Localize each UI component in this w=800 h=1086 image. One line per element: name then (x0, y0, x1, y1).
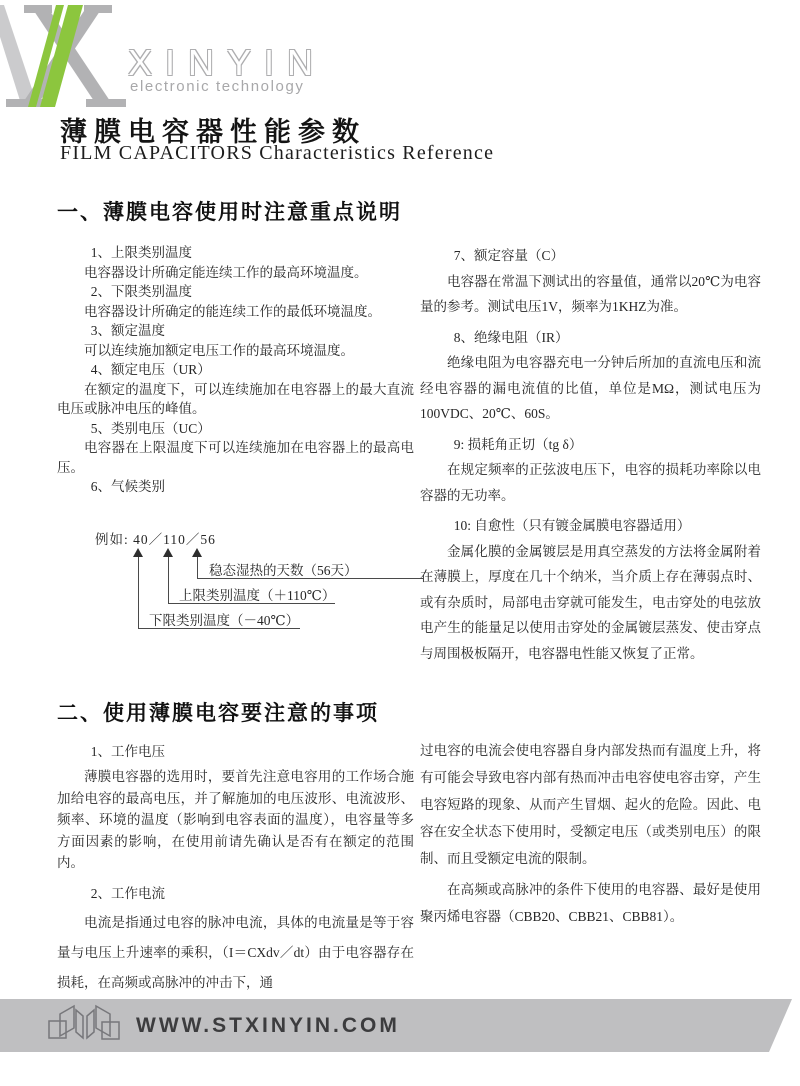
footer-bar: WWW.STXINYIN.COM (0, 999, 792, 1052)
spec-item-9: 9: 损耗角正切（tg δ） 在规定频率的正弦波电压下，电容的损耗功率除以电容器… (420, 432, 761, 509)
spec-item-5: 5、类别电压（UC） 电容器在上限温度下可以连续施加在电容器上的最高电压。 (57, 419, 414, 478)
section1-heading: 一、薄膜电容使用时注意重点说明 (57, 196, 402, 226)
diagram-callout-upper-temp: 上限类别温度（＋110℃） (179, 584, 335, 604)
spec-item-body: 电容器设计所确定能连续工作的最高环境温度。 (57, 263, 414, 283)
climate-class-diagram: 例如: 40／110／56 稳态湿热的天数（56天） 上限类别温度（＋110℃）… (57, 528, 429, 646)
diagram-connector-line (197, 557, 198, 578)
spec-item-title: 3、额定温度 (57, 321, 414, 341)
section2-heading: 二、使用薄膜电容要注意的事项 (57, 697, 379, 727)
notice-recommendation-paragraph: 在高频或高脉冲的条件下使用的电容器、最好是使用聚丙烯电容器（CBB20、CBB2… (420, 876, 761, 930)
document-page: XINYIN electronic technology 薄膜电容器性能参数 F… (0, 0, 800, 1086)
section1-left-column: 1、上限类别温度 电容器设计所确定能连续工作的最高环境温度。 2、下限类别温度 … (57, 243, 414, 497)
spec-item-2: 2、下限类别温度 电容器设计所确定的能连续工作的最低环境温度。 (57, 282, 414, 321)
spec-item-title: 5、类别电压（UC） (57, 419, 414, 439)
diagram-callout-humidity-days: 稳态湿热的天数（56天） (209, 559, 358, 579)
spec-item-title: 4、额定电压（UR） (57, 360, 414, 380)
spec-item-title: 1、上限类别温度 (57, 243, 414, 263)
spec-item-body: 在规定频率的正弦波电压下，电容的损耗功率除以电容器的无功率。 (420, 457, 761, 508)
brand-tagline: electronic technology (130, 78, 305, 95)
spec-item-body: 可以连续施加额定电压工作的最高环境温度。 (57, 341, 414, 361)
notice-continued-paragraph: 过电容的电流会使电容器自身内部发热而有温度上升，将有可能会导致电容内部有热而冲击… (420, 737, 761, 872)
notice-item-body: 电流是指通过电容的脉冲电流，具体的电流量是等于容量与电压上升速率的乘积，（I＝C… (57, 908, 414, 998)
spec-item-1: 1、上限类别温度 电容器设计所确定能连续工作的最高环境温度。 (57, 243, 414, 282)
notice-item-body: 薄膜电容器的选用时，要首先注意电容用的工作场合施加给电容的最高电压，并了解施加的… (57, 766, 414, 874)
spec-item-3: 3、额定温度 可以连续施加额定电压工作的最高环境温度。 (57, 321, 414, 360)
spec-item-title: 6、气候类别 (57, 477, 414, 497)
spec-item-title: 7、额定容量（C） (420, 243, 761, 269)
arrow-up-icon (133, 548, 143, 557)
spec-item-7: 7、额定容量（C） 电容器在常温下测试出的容量值，通常以20℃为电容量的参考。测… (420, 243, 761, 320)
diagram-connector-line (168, 557, 169, 603)
footer-logo-icon (46, 1002, 124, 1049)
spec-item-body: 在额定的温度下，可以连续施加在电容器上的最大直流电压或脉冲电压的峰值。 (57, 380, 414, 419)
spec-item-title: 9: 损耗角正切（tg δ） (420, 432, 761, 458)
page-title-en: FILM CAPACITORS Characteristics Referenc… (60, 142, 494, 165)
spec-item-body: 电容器在常温下测试出的容量值，通常以20℃为电容量的参考。测试电压1V，频率为1… (420, 269, 761, 320)
notice-item-2: 2、工作电流 电流是指通过电容的脉冲电流，具体的电流量是等于容量与电压上升速率的… (57, 882, 414, 998)
spec-item-body: 电容器设计所确定的能连续工作的最低环境温度。 (57, 302, 414, 322)
notice-item-title: 1、工作电压 (57, 740, 414, 764)
spec-item-title: 8、绝缘电阻（IR） (420, 325, 761, 351)
section2-left-column: 1、工作电压 薄膜电容器的选用时，要首先注意电容用的工作场合施加给电容的最高电压… (57, 737, 414, 998)
diagram-connector-line (138, 557, 139, 628)
diagram-callout-lower-temp: 下限类别温度（－40℃） (149, 609, 299, 629)
footer-website-link[interactable]: WWW.STXINYIN.COM (136, 1014, 400, 1038)
spec-item-title: 10: 自愈性（只有镀金属膜电容器适用） (420, 513, 761, 539)
spec-item-6: 6、气候类别 (57, 477, 414, 497)
diagram-example-code: 例如: 40／110／56 (95, 528, 216, 548)
spec-item-4: 4、额定电压（UR） 在额定的温度下，可以连续施加在电容器上的最大直流电压或脉冲… (57, 360, 414, 419)
spec-item-8: 8、绝缘电阻（IR） 绝缘电阻为电容器充电一分钟后所加的直流电压和流经电容器的漏… (420, 325, 761, 427)
arrow-up-icon (163, 548, 173, 557)
spec-item-body: 金属化膜的金属镀层是用真空蒸发的方法将金属附着在薄膜上，厚度在几十个纳米，当介质… (420, 539, 761, 667)
notice-item-1: 1、工作电压 薄膜电容器的选用时，要首先注意电容用的工作场合施加给电容的最高电压… (57, 740, 414, 874)
notice-item-title: 2、工作电流 (57, 882, 414, 906)
section1-right-column: 7、额定容量（C） 电容器在常温下测试出的容量值，通常以20℃为电容量的参考。测… (420, 243, 761, 671)
spec-item-body: 电容器在上限温度下可以连续施加在电容器上的最高电压。 (57, 438, 414, 477)
spec-item-10: 10: 自愈性（只有镀金属膜电容器适用） 金属化膜的金属镀层是用真空蒸发的方法将… (420, 513, 761, 666)
spec-item-title: 2、下限类别温度 (57, 282, 414, 302)
xinyin-logo-icon (0, 5, 128, 107)
spec-item-body: 绝缘电阻为电容器充电一分钟后所加的直流电压和流经电容器的漏电流值的比值，单位是M… (420, 350, 761, 427)
arrow-up-icon (192, 548, 202, 557)
section2-right-column: 过电容的电流会使电容器自身内部发热而有温度上升，将有可能会导致电容内部有热而冲击… (420, 737, 761, 930)
